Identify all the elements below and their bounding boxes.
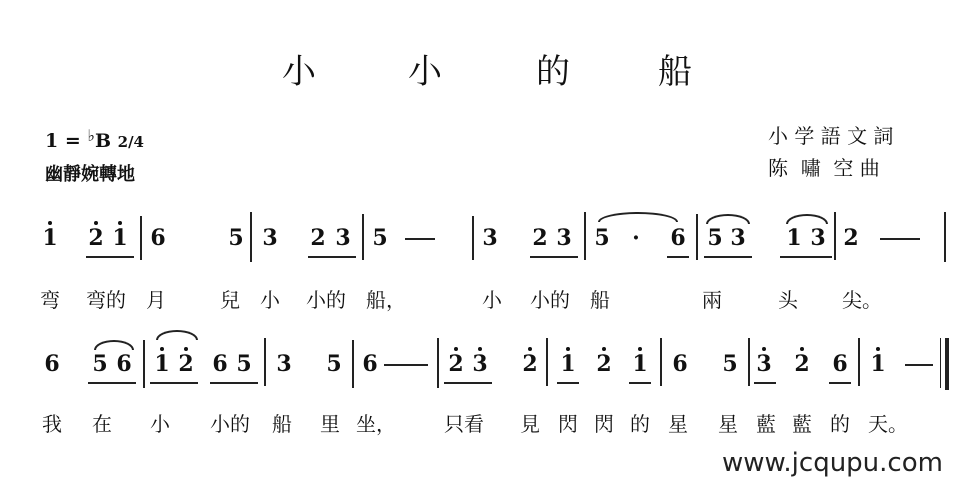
note: 2 [88, 226, 104, 250]
note: 6 [116, 352, 132, 376]
bar-line [437, 338, 439, 388]
note: 6 [44, 352, 60, 376]
note: 5 [594, 226, 610, 250]
lyric: 里 [320, 408, 340, 437]
note: 5 [707, 226, 723, 250]
title-char: 小 [408, 44, 442, 93]
lyric: 弯 [40, 284, 60, 313]
note: 6 [212, 352, 228, 376]
sixteenth-underline [754, 382, 776, 384]
lyric: 我 [42, 408, 62, 437]
eighth-underline [88, 382, 136, 384]
note: 5 [326, 352, 342, 376]
bar-line [660, 338, 662, 386]
lyric: 弯的 [86, 284, 126, 313]
note: 2 [596, 352, 612, 376]
sixteenth-underline [829, 382, 851, 384]
augmentation-dot: · [628, 226, 644, 250]
note: 3 [810, 226, 826, 250]
note: 5 [228, 226, 244, 250]
lyric: 坐， [356, 408, 396, 437]
note: 2 [532, 226, 548, 250]
lyric: 小 [482, 284, 502, 313]
flat-icon: ♭ [87, 126, 95, 145]
note: 1 [42, 226, 58, 250]
note: 6 [832, 352, 848, 376]
sustain-dash [405, 238, 435, 240]
note: 3 [262, 226, 278, 250]
note: 3 [756, 352, 772, 376]
note: 3 [730, 226, 746, 250]
lyric: 藍 [756, 408, 776, 437]
eighth-underline [704, 256, 752, 258]
lyric: 船， [366, 284, 406, 313]
lyric: 船 [590, 284, 610, 313]
bar-line [472, 216, 474, 260]
note: 2 [522, 352, 538, 376]
lyric: 兩 [702, 284, 722, 313]
key-tonic: 1 [45, 130, 58, 152]
lyric: 閃 [594, 408, 614, 437]
lyric: 头 [778, 284, 798, 313]
eighth-underline [444, 382, 492, 384]
slur [786, 214, 828, 224]
note: 5 [92, 352, 108, 376]
lyric: 星 [668, 408, 688, 437]
eighth-underline [150, 382, 198, 384]
composer-credit: 陈 嘯 空 曲 [768, 152, 880, 181]
lyric: 閃 [558, 408, 578, 437]
lyric: 的 [830, 408, 850, 437]
lyric: 只看 [444, 408, 484, 437]
sustain-dash [880, 238, 920, 240]
sixteenth-underline [557, 382, 579, 384]
note: 1 [112, 226, 128, 250]
bar-line [352, 340, 354, 388]
lyric: 船 [272, 408, 292, 437]
note: 1 [632, 352, 648, 376]
lyric: 的 [630, 408, 650, 437]
note: 3 [482, 226, 498, 250]
key-equals: = [65, 130, 81, 152]
lyric: 尖。 [842, 284, 882, 313]
bar-line [944, 212, 946, 262]
note: 6 [362, 352, 378, 376]
sixteenth-underline [667, 256, 689, 258]
lyric: 小 [150, 408, 170, 437]
bar-line [546, 338, 548, 386]
note: 3 [335, 226, 351, 250]
sustain-dash [905, 364, 933, 366]
title-char: 的 [536, 44, 570, 93]
note: 6 [150, 226, 166, 250]
note: 1 [560, 352, 576, 376]
lyric: 星 [718, 408, 738, 437]
lyric: 小的 [210, 408, 250, 437]
bar-line [748, 338, 750, 386]
watermark: www.jcqupu.com [722, 448, 943, 478]
bar-line [140, 216, 142, 260]
bar-line [264, 338, 266, 386]
lyricist-credit: 小 学 語 文 詞 [768, 120, 893, 149]
bar-line [696, 214, 698, 260]
time-signature: 2/4 [118, 133, 144, 151]
bar-line [584, 212, 586, 260]
note: 2 [843, 226, 859, 250]
sustain-dash [384, 364, 428, 366]
note: 1 [786, 226, 802, 250]
note: 6 [670, 226, 686, 250]
slur [706, 214, 750, 224]
slur [156, 330, 198, 340]
bar-line [834, 212, 836, 260]
note: 3 [472, 352, 488, 376]
lyric: 見 [520, 408, 540, 437]
lyric: 月 [146, 284, 166, 313]
final-barline-thin [940, 338, 941, 388]
eighth-underline [530, 256, 578, 258]
bar-line [250, 212, 252, 262]
note: 2 [178, 352, 194, 376]
note: 2 [794, 352, 810, 376]
lyric: 小的 [306, 284, 346, 313]
note: 5 [372, 226, 388, 250]
sixteenth-underline [629, 382, 651, 384]
note: 3 [276, 352, 292, 376]
lyric: 兒 [220, 284, 240, 313]
title-char: 船 [658, 44, 692, 93]
tempo-marking: 幽靜婉轉地 [45, 160, 135, 186]
eighth-underline [308, 256, 356, 258]
bar-line [143, 340, 145, 388]
note: 2 [448, 352, 464, 376]
lyric: 小的 [530, 284, 570, 313]
lyric: 天。 [868, 408, 908, 437]
eighth-underline [86, 256, 134, 258]
slur [598, 212, 678, 222]
slur [94, 340, 134, 350]
key-letter: B [95, 130, 111, 152]
eighth-underline [780, 256, 832, 258]
note: 1 [870, 352, 886, 376]
lyric: 在 [92, 408, 112, 437]
note: 6 [672, 352, 688, 376]
note: 5 [722, 352, 738, 376]
lyric: 小 [260, 284, 280, 313]
note: 5 [236, 352, 252, 376]
note: 1 [154, 352, 170, 376]
key-signature: 1 = ♭B 2/4 [45, 126, 144, 152]
note: 2 [310, 226, 326, 250]
lyric: 藍 [792, 408, 812, 437]
bar-line [858, 338, 860, 386]
final-barline-thick [945, 338, 949, 390]
note: 3 [556, 226, 572, 250]
bar-line [362, 214, 364, 260]
eighth-underline [210, 382, 258, 384]
title-char: 小 [282, 44, 316, 93]
